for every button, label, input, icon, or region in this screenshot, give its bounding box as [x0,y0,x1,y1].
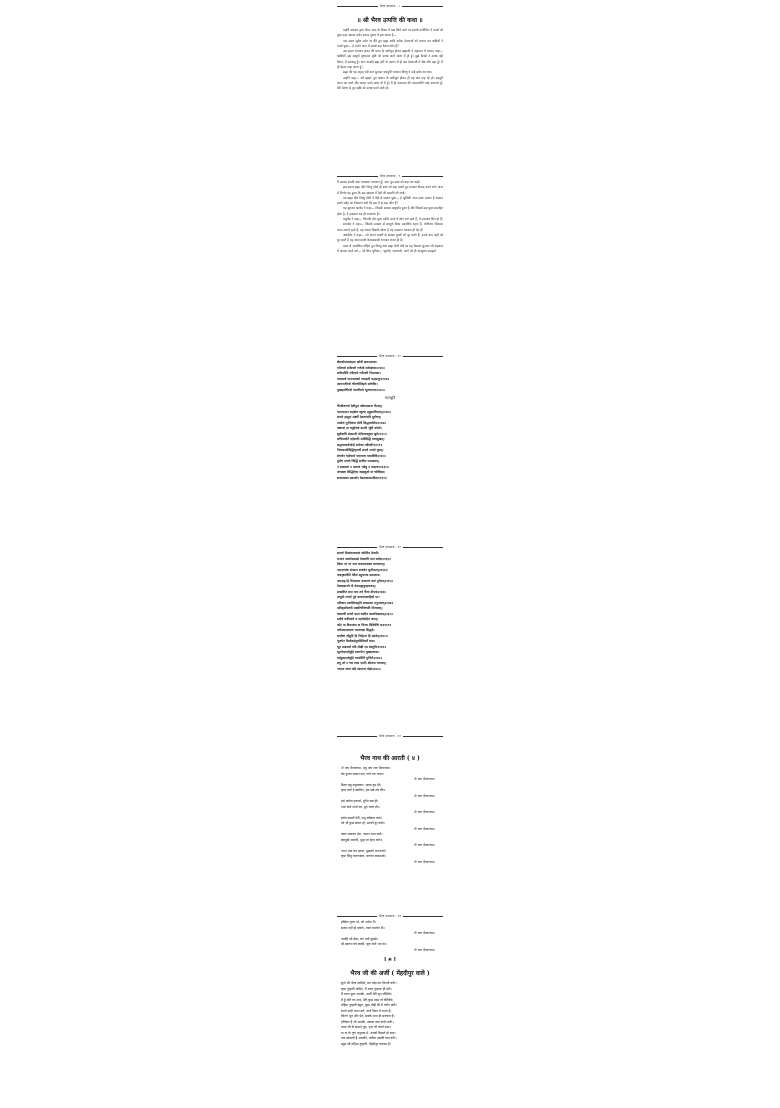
page-10: भैरव उपासना - १० क्षेत्रकोपालसंहारः क्रो… [337,352,443,481]
page-header: भैरव उपासना - ८ [337,2,443,10]
verse-line: नभातः संध्यं यदि सामान्यं मोक्षं॥१४३॥ [337,667,443,673]
page-11: भैरव उपासना - ११ सदाचे विश्रांतरकल्यां श… [337,543,443,672]
flower-ornament-icon: I ❀ I [337,957,443,963]
paragraph: तब ब्रह्मा और विष्णु दोनों ने वेदों से ज… [337,196,443,207]
page-13: भैरव उपासना - १३ इच्छित पूरण भो, सो अर्प… [337,912,443,1047]
phalashruti-heading: फलश्रुति [337,396,443,401]
page-header-label: भैरव उपासना - ९ [380,174,400,178]
paragraph: ब्रह्मा की यह अहम् भरी बात सुनकर यज्ञमूर… [337,70,443,75]
arzi-title: भैरव जी की अर्जी ( मेंहदीपुर वाले ) [337,969,443,977]
page-header-label: भैरव उपासना - १० [379,354,401,358]
page-9: भैरव उपासना - ९ मैं सबका स्वामी तथा परमा… [337,172,443,254]
page-header-label: भैरव उपासना - १२ [379,734,401,738]
paragraph: अथर्ववेद ने कहा— जो अपने भक्तों के समस्त… [337,233,443,244]
verse-line: सकलस्वय प्रकाशेन देवतासकारयिता॥१३२॥ [337,476,443,482]
paragraph: माया से अत्यधिक मोहित हुए विष्णु तथा ब्र… [337,244,443,255]
page-header-label: भैरव उपासना - ८ [380,4,400,8]
aarti-title: भैरव नाथ की आरती ( ४ ) [337,754,443,762]
page-header: भैरव उपासना - १२ [337,732,443,740]
arzi-line: बहुत सी महिमा तुम्हारी, मेंहदीपुर सरनाम … [337,1042,443,1048]
paragraph: उस समय भगवान शंकर की माया के वशीभूत होकर… [337,49,443,70]
page-header: भैरव उपासना - ११ [337,543,443,551]
paragraph: यह सुनकर ऋग्वेद ने कहा— जिसके सबका प्राद… [337,206,443,217]
page-header: भैरव उपासना - ९ [337,172,443,180]
page-header-label: भैरव उपासना - ११ [379,545,401,549]
page-header-label: भैरव उपासना - १३ [379,914,401,918]
paragraph: उन्होंने कहा— अरे ब्रह्मा! तुम अज्ञान के… [337,76,443,92]
aarti-refrain: ॐ जय भैरवनाथा। [337,860,443,866]
page-8: भैरव उपासना - ८ ॥ श्री भैरव उत्पत्ति की … [337,2,443,92]
page-header: भैरव उपासना - १३ [337,912,443,920]
paragraph: एक समय सुमेरु पर्वत पर बैठे हुए ब्रह्मा … [337,39,443,50]
page-header: भैरव उपासना - १० [337,352,443,360]
paragraph: सामवेद ने कहा— जिसके प्रकाश से सम्पूर्ण … [337,222,443,233]
paragraph: इस प्रकार ब्रह्मा और विष्णु दोनों ही स्व… [337,185,443,196]
page-12: भैरव उपासना - १२ भैरव नाथ की आरती ( ४ ) … [337,732,443,865]
story-title: ॥ श्री भैरव उत्पत्ति की कथा ॥ [337,16,443,24]
verse-line: मुखहर्ताभैरवो वामभैरवो भूतभावनः॥१२८॥ [337,388,443,394]
aarti-refrain: ॐ जय भैरवनाथा। [337,948,443,954]
paragraph: महर्षि अगस्त्य द्वारा भैरव जन्म के विषय … [337,28,443,39]
